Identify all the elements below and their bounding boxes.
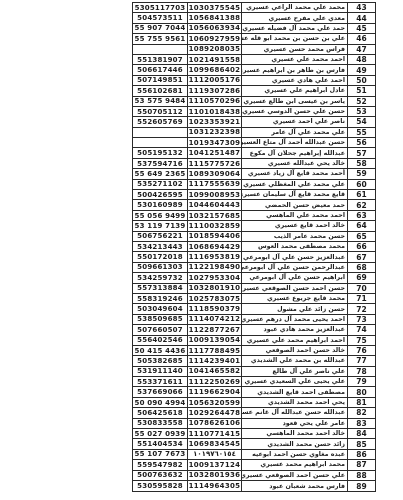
id-cell: 1019347309 xyxy=(188,138,242,148)
id-cell: 1114964305 xyxy=(188,481,242,491)
id-cell: 1101018438 xyxy=(188,107,242,117)
row-number-cell: 48 xyxy=(348,55,375,65)
name-cell: عبدالرحمن حسن علي آل ابومرعي xyxy=(242,263,348,273)
phone-cell: 507660507 xyxy=(133,325,188,335)
row-number-cell: 86 xyxy=(348,450,375,460)
name-cell: محمد مصطفى محمد العوس xyxy=(242,242,348,252)
id-cell: 1115775726 xyxy=(188,159,242,169)
name-cell: احمد علي هادي عسيري xyxy=(242,76,348,86)
name-cell: فراس محمد حسن عسيري xyxy=(242,45,348,55)
name-cell: حسن احمد حسن الصوقعي عسيري xyxy=(242,284,348,294)
id-cell: 1056063934 xyxy=(188,24,242,34)
phone-cell: 5305117703 xyxy=(133,3,188,13)
row-number-cell: 74 xyxy=(348,325,375,335)
row-number-cell: 43 xyxy=(348,3,375,13)
phone-cell: 55 027 0939 xyxy=(133,429,188,439)
name-cell: عبدالله إبراهيم جحلان آل مكوع xyxy=(242,148,348,158)
name-cell: عبدالعزيز حسن علي آل ابومرعي xyxy=(242,252,348,262)
id-cell: 1117788495 xyxy=(188,346,242,356)
id-cell: 1044604443 xyxy=(188,200,242,210)
id-cell: 1118590379 xyxy=(188,304,242,314)
id-cell: 1068694429 xyxy=(188,242,242,252)
phone-cell: 505382685 xyxy=(133,356,188,366)
id-cell: 1119662904 xyxy=(188,387,242,397)
row-number-cell: 65 xyxy=(348,232,375,242)
row-number-cell: 82 xyxy=(348,408,375,418)
row-number-cell: 52 xyxy=(348,97,375,107)
row-number-cell: 45 xyxy=(348,24,375,34)
name-cell: محمد قايع جريوع عسيري xyxy=(242,294,348,304)
phone-cell: 553371611 xyxy=(133,377,188,387)
row-number-cell: 59 xyxy=(348,169,375,179)
id-cell: 1112250269 xyxy=(188,377,242,387)
row-number-cell: 51 xyxy=(348,86,375,96)
phone-cell: 55 107 7673 xyxy=(133,450,188,460)
name-cell: احمد يحيى محمد آل درهم عسيري xyxy=(242,315,348,325)
id-cell: 1032801936 xyxy=(188,471,242,481)
phone-cell xyxy=(133,128,188,138)
row-number-cell: 73 xyxy=(348,315,375,325)
name-cell: عامر علي يحي قعود xyxy=(242,419,348,429)
row-number-cell: 69 xyxy=(348,273,375,283)
row-number-cell: 70 xyxy=(348,284,375,294)
name-cell: عبدالله حسن عبدالله آل غانم عسيري xyxy=(242,408,348,418)
name-cell: علي حسن احمد الصوقعي عسيري xyxy=(242,471,348,481)
row-number-cell: 85 xyxy=(348,439,375,449)
phone-cell: 537669066 xyxy=(133,387,188,397)
row-number-cell: 49 xyxy=(348,65,375,75)
id-cell: 1114239401 xyxy=(188,356,242,366)
id-cell: 1032157685 xyxy=(188,211,242,221)
id-cell: 1089208035 xyxy=(188,45,242,55)
name-cell: علي محمد علي آل عامر xyxy=(242,128,348,138)
name-cell: فارس محمد شعبان عبود xyxy=(242,481,348,491)
row-number-cell: 56 xyxy=(348,138,375,148)
name-cell: ابراهيم حسن علي آل ابومرعي xyxy=(242,273,348,283)
row-number-cell: 46 xyxy=(348,34,375,44)
row-number-cell: 58 xyxy=(348,159,375,169)
phone-cell: 506756221 xyxy=(133,232,188,242)
phone-cell: 559547982 xyxy=(133,460,188,470)
phone-cell: 53 119 7139 xyxy=(133,221,188,231)
id-cell: 1117555639 xyxy=(188,180,242,190)
name-cell: حمد معيض حسن الحمضي xyxy=(242,200,348,210)
phone-cell: 53 575 9484 xyxy=(133,97,188,107)
phone-cell: 500763632 xyxy=(133,471,188,481)
name-cell: حسن عبدالله أحمد آل متاع العسيري xyxy=(242,138,348,148)
row-number-cell: 79 xyxy=(348,377,375,387)
id-cell: 1009139054 xyxy=(188,336,242,346)
phone-cell: 534259732 xyxy=(133,273,188,283)
row-number-cell: 53 xyxy=(348,107,375,117)
row-number-cell: 78 xyxy=(348,367,375,377)
phone-cell: 551381907 xyxy=(133,55,188,65)
row-number-cell: 81 xyxy=(348,398,375,408)
name-cell: ناصر علي احمد عسيري xyxy=(242,117,348,127)
phone-cell: 551404534 xyxy=(133,439,188,449)
id-cell: 1041465582 xyxy=(188,367,242,377)
phone-cell: 534213443 xyxy=(133,242,188,252)
phone-cell: 506617446 xyxy=(133,65,188,75)
phone-cell: 506425618 xyxy=(133,408,188,418)
phone-cell: 537594716 xyxy=(133,159,188,169)
name-cell: خالد احمد محمد الماهسي xyxy=(242,429,348,439)
phone-cell: 538509685 xyxy=(133,315,188,325)
phone-cell: 507149851 xyxy=(133,76,188,86)
phone-cell xyxy=(133,138,188,148)
row-number-cell: 71 xyxy=(348,294,375,304)
name-cell: حسن محمد عامر الذيب xyxy=(242,232,348,242)
phone-cell: 531911140 xyxy=(133,367,188,377)
name-cell: احمد محمد علي الماهسي xyxy=(242,211,348,221)
name-cell: ياسر بن عيسى ابن طالع عسيري xyxy=(242,97,348,107)
id-cell: 1119307286 xyxy=(188,86,242,96)
name-cell: حمد علي محمد آل فضيله عسيري xyxy=(242,24,348,34)
name-cell: علي ناصر علي آل طالع xyxy=(242,367,348,377)
row-number-cell: 67 xyxy=(348,252,375,262)
id-cell: 1021491558 xyxy=(188,55,242,65)
id-cell: 1056841388 xyxy=(188,13,242,23)
row-number-cell: 54 xyxy=(348,117,375,127)
id-cell: 1025783075 xyxy=(188,294,242,304)
id-cell: 1110570296 xyxy=(188,97,242,107)
id-cell: 1032801910 xyxy=(188,284,242,294)
name-cell: يحي احمد محمد الشديدي xyxy=(242,398,348,408)
name-cell: علي بن حسن بن محمد ابو قله عسيري xyxy=(242,34,348,44)
id-cell: 1078626106 xyxy=(188,419,242,429)
phone-cell: 505195132 xyxy=(133,148,188,158)
row-number-cell: 76 xyxy=(348,346,375,356)
name-cell: قايع محمد قايع آل سليمان عسيري xyxy=(242,190,348,200)
id-cell: 1023353921 xyxy=(188,117,242,127)
name-cell: علي محمد علي المغظلي عسيري xyxy=(242,180,348,190)
phone-cell: 557313884 xyxy=(133,284,188,294)
name-cell: احمد ابراهيم محمد علي عسيري xyxy=(242,336,348,346)
phone-cell: 504573511 xyxy=(133,13,188,23)
row-number-cell: 62 xyxy=(348,200,375,210)
phone-cell: 530833558 xyxy=(133,419,188,429)
phone-cell: 550172018 xyxy=(133,252,188,262)
id-cell: ١٠١٩٧٦٠١٥٤ xyxy=(188,450,242,460)
row-number-cell: 88 xyxy=(348,471,375,481)
id-cell: 1009137124 xyxy=(188,460,242,470)
phone-cell: 530595828 xyxy=(133,481,188,491)
name-cell: محمد ابراهيم محمد عسيري xyxy=(242,460,348,470)
phone-cell: 50 090 4994 xyxy=(133,398,188,408)
phone-cell: 558319246 xyxy=(133,294,188,304)
row-number-cell: 60 xyxy=(348,180,375,190)
phone-cell: 55 755 9561 xyxy=(133,34,188,44)
table-body: 53051177031030375545محمد علي محمد الراعي… xyxy=(133,3,375,491)
row-number-cell: 64 xyxy=(348,221,375,231)
name-cell: علي يحيى علي السعيدي عسيري xyxy=(242,377,348,387)
name-cell: معدي علي مفرح عسيري xyxy=(242,13,348,23)
id-cell: 1089309064 xyxy=(188,169,242,179)
name-cell: خالد احمد قايع عسيري xyxy=(242,221,348,231)
phone-cell: 500426595 xyxy=(133,190,188,200)
row-number-cell: 63 xyxy=(348,211,375,221)
name-cell: عبدالعزيز محمد هادي عبود xyxy=(242,325,348,335)
id-cell: 1110771415 xyxy=(188,429,242,439)
name-cell: خالد يحي عبدالله عسيري xyxy=(242,159,348,169)
row-number-cell: 44 xyxy=(348,13,375,23)
name-cell: عبدالله بن محمد علي الشديدي xyxy=(242,356,348,366)
phone-cell: 552605769 xyxy=(133,117,188,127)
id-cell: 1122877267 xyxy=(188,325,242,335)
id-cell: 1018594406 xyxy=(188,232,242,242)
name-cell: محمد علي محمد الراعي عسيري xyxy=(242,3,348,13)
phone-cell: 556102681 xyxy=(133,86,188,96)
id-cell: 1056320599 xyxy=(188,398,242,408)
id-cell: 1029264478 xyxy=(188,408,242,418)
row-number-cell: 80 xyxy=(348,387,375,397)
id-cell: 1030375545 xyxy=(188,3,242,13)
name-cell: عبده مغاوي حسن احمد ابوعيه xyxy=(242,450,348,460)
row-number-cell: 84 xyxy=(348,429,375,439)
phone-cell: 530160989 xyxy=(133,200,188,210)
name-cell: فارس بن طاهر بن ابراهيم عسيري xyxy=(242,65,348,75)
id-cell: 1060927959 xyxy=(188,34,242,44)
row-number-cell: 57 xyxy=(348,148,375,158)
id-cell: 1041251487 xyxy=(188,148,242,158)
phone-cell: 509661303 xyxy=(133,263,188,273)
name-cell: احمد محمد علي عسيري xyxy=(242,55,348,65)
phone-cell: 550705112 xyxy=(133,107,188,117)
row-number-cell: 68 xyxy=(348,263,375,273)
phone-cell: 55 649 2365 xyxy=(133,169,188,179)
phone-cell: 556402546 xyxy=(133,336,188,346)
id-cell: 1069834545 xyxy=(188,439,242,449)
id-cell: 1112005176 xyxy=(188,76,242,86)
row-number-cell: 72 xyxy=(348,304,375,314)
row-number-cell: 47 xyxy=(348,45,375,55)
row-number-cell: 66 xyxy=(348,242,375,252)
id-cell: 1110032859 xyxy=(188,221,242,231)
row-number-cell: 77 xyxy=(348,356,375,366)
phone-cell: 503049604 xyxy=(133,304,188,314)
name-cell: أحمد محمد قايع آل زياد عسيري xyxy=(242,169,348,179)
row-number-cell: 55 xyxy=(348,128,375,138)
id-cell: 1114074212 xyxy=(188,315,242,325)
name-cell: زائد حسن محمد الشديدي xyxy=(242,439,348,449)
row-number-cell: 75 xyxy=(348,336,375,346)
phone-cell: 50 415 4436 xyxy=(133,346,188,356)
row-number-cell: 61 xyxy=(348,190,375,200)
name-cell: حسن زائد علي مشول xyxy=(242,304,348,314)
name-cell: مصطفى احمد قايع الشديدي xyxy=(242,387,348,397)
row-number-cell: 87 xyxy=(348,460,375,470)
id-cell: 1031232398 xyxy=(188,128,242,138)
phone-cell: 535271102 xyxy=(133,180,188,190)
name-cell: خالد حسن احمد الصوقعي xyxy=(242,346,348,356)
id-cell: 1099008953 xyxy=(188,190,242,200)
scanned-roster-table: 53051177031030375545محمد علي محمد الراعي… xyxy=(132,2,376,492)
row-number-cell: 50 xyxy=(348,76,375,86)
row-number-cell: 83 xyxy=(348,419,375,429)
id-cell: 1122198490 xyxy=(188,263,242,273)
id-cell: 1099686402 xyxy=(188,65,242,75)
row-number-cell: 89 xyxy=(348,481,375,491)
id-cell: 1116953819 xyxy=(188,252,242,262)
phone-cell: 55 907 7044 xyxy=(133,24,188,34)
name-cell: حسن علي حسن الدوسي عسيري xyxy=(242,107,348,117)
name-cell: عادل ابراهيم علي عسيري xyxy=(242,86,348,96)
phone-cell: 55 056 9499 xyxy=(133,211,188,221)
id-cell: 1027953304 xyxy=(188,273,242,283)
phone-cell xyxy=(133,45,188,55)
